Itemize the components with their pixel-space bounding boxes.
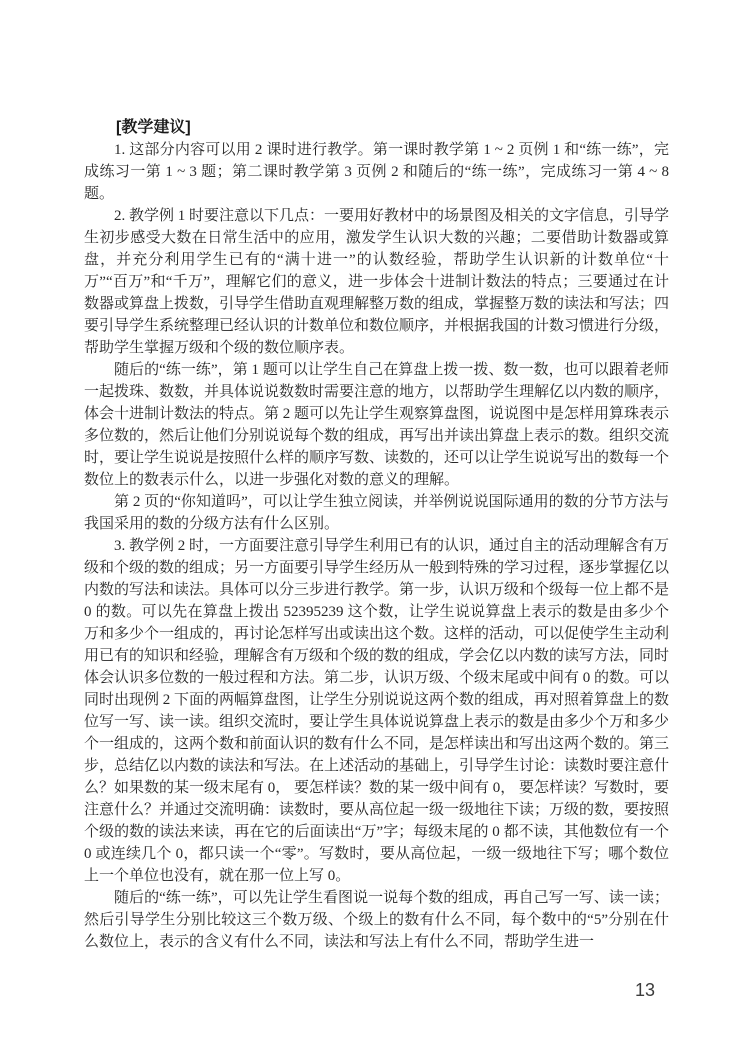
section-heading: [教学建议] <box>84 117 669 139</box>
paragraph-4: 第 2 页的“你知道吗”，可以让学生独立阅读，并举例说说国际通用的数的分节方法与… <box>84 491 669 535</box>
paragraph-3: 随后的“练一练”，第 1 题可以让学生自己在算盘上拨一拨、数一数，也可以跟着老师… <box>84 359 669 491</box>
paragraph-1: 1. 这部分内容可以用 2 课时进行教学。第一课时教学第 1 ~ 2 页例 1 … <box>84 139 669 205</box>
page-number: 13 <box>628 979 662 1001</box>
paragraph-5: 3. 教学例 2 时，一方面要注意引导学生利用已有的认识，通过自主的活动理解含有… <box>84 535 669 887</box>
paragraph-2: 2. 教学例 1 时要注意以下几点：一要用好教材中的场景图及相关的文字信息，引导… <box>84 205 669 359</box>
document-page: [教学建议] 1. 这部分内容可以用 2 课时进行教学。第一课时教学第 1 ~ … <box>0 0 750 1061</box>
paragraph-6: 随后的“练一练”，可以先让学生看图说一说每个数的组成，再自己写一写、读一读；然后… <box>84 887 669 953</box>
text-column: [教学建议] 1. 这部分内容可以用 2 课时进行教学。第一课时教学第 1 ~ … <box>84 117 669 953</box>
